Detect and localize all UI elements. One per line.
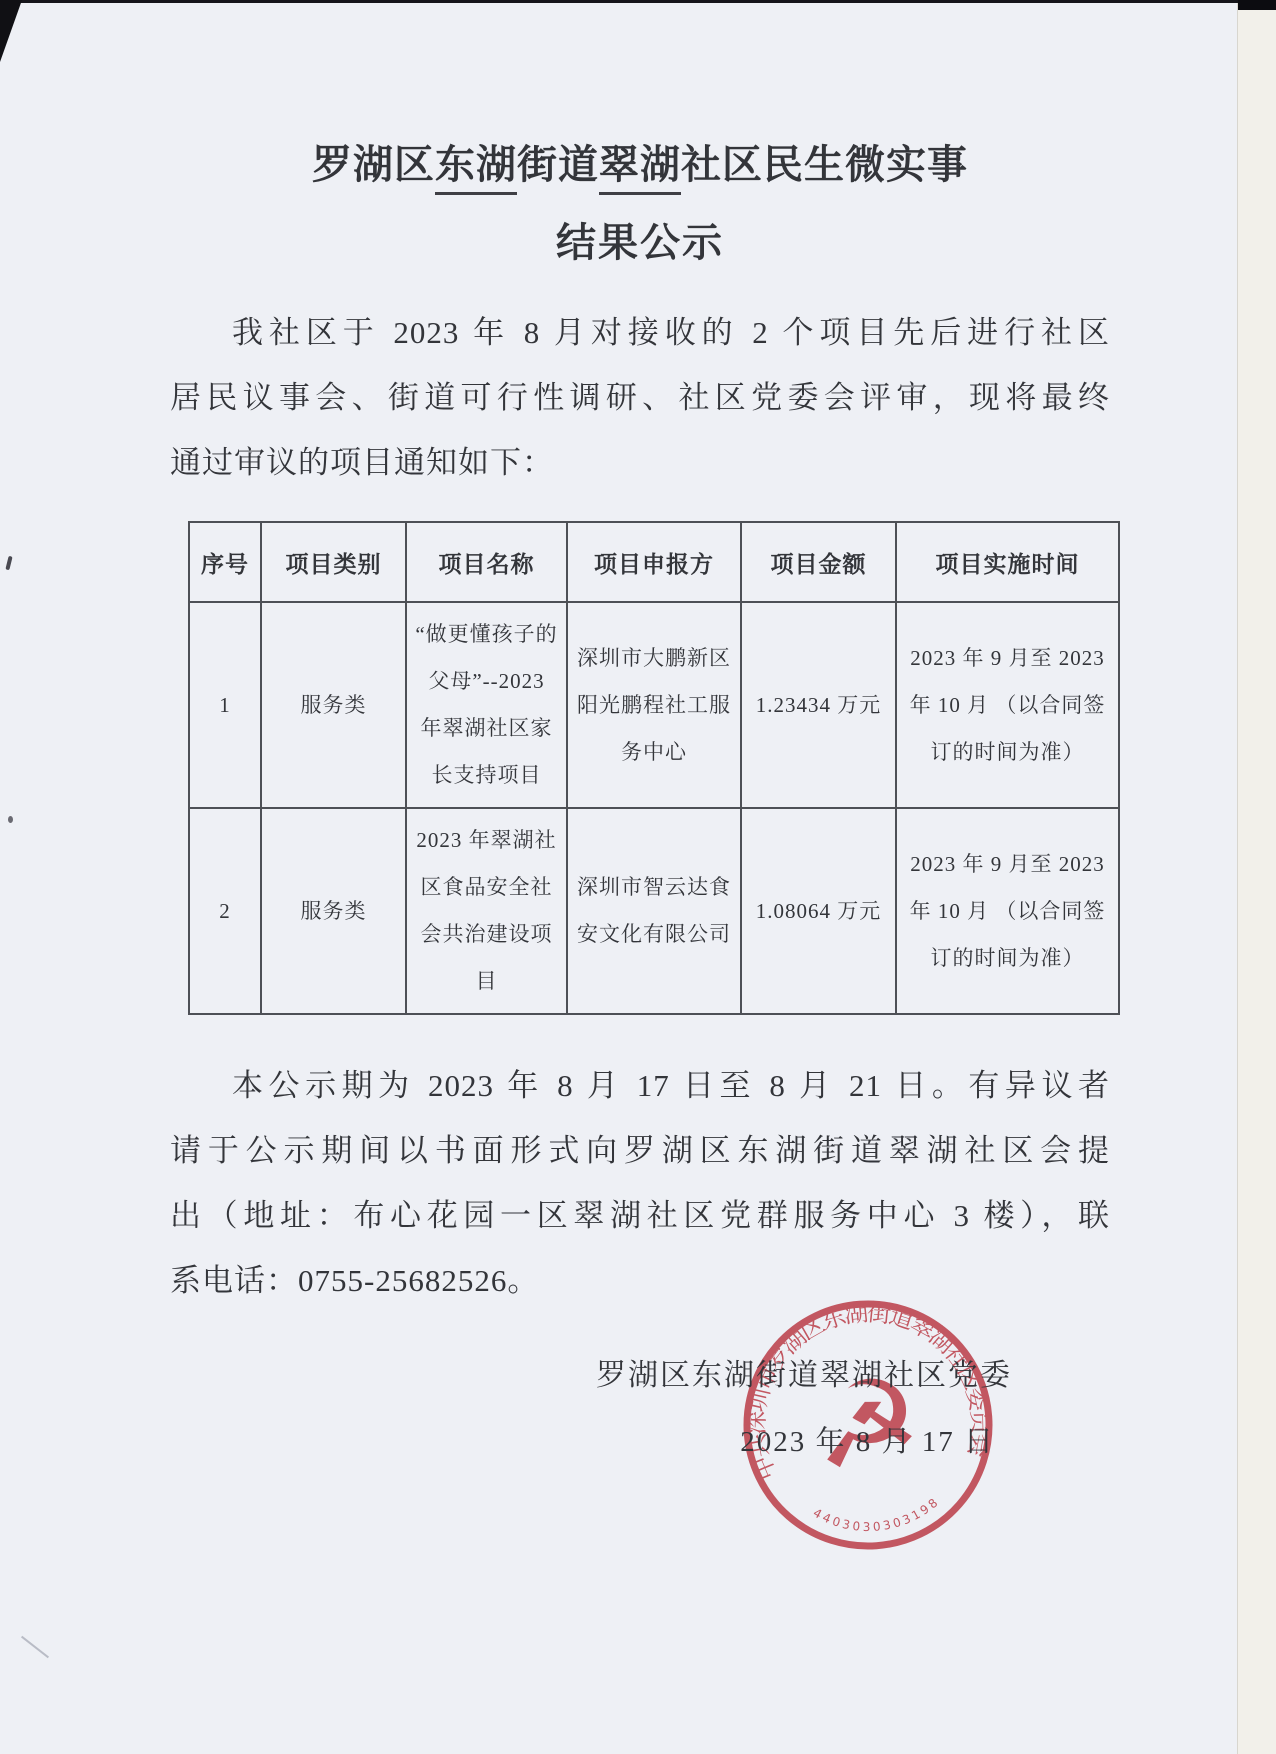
scan-corner-artifact-left [0, 0, 22, 62]
cell-applicant: 深圳市智云达食安文化有限公司 [567, 808, 741, 1014]
scan-top-edge [0, 0, 1276, 3]
intro-line: 居民议事会、街道可行性调研、社区党委会评审，现将最终 [170, 365, 1110, 430]
document-subtitle: 结果公示 [170, 212, 1110, 274]
table-row: 2 服务类 2023 年翠湖社区食品安全社会共治建设项目 深圳市智云达食安文化有… [189, 808, 1119, 1014]
cell-period: 2023 年 9 月至 2023 年 10 月 （以合同签订的时间为准） [896, 808, 1119, 1014]
signature-date: 2023 年 8 月 17 日 [170, 1419, 1110, 1465]
cell-project-name: 2023 年翠湖社区食品安全社会共治建设项目 [406, 808, 567, 1014]
document-title: 罗湖区东湖街道翠湖社区民生微实事 [170, 132, 1110, 198]
scan-corner-artifact-right [1238, 0, 1276, 10]
scanner-background-strip [1237, 0, 1276, 1754]
cell-applicant: 深圳市大鹏新区阳光鹏程社工服务中心 [567, 602, 741, 808]
title-text: 罗湖区 [312, 142, 435, 187]
col-header-amount: 项目金额 [741, 522, 896, 602]
signature-organization: 罗湖区东湖街道翠湖社区党委 [170, 1353, 1110, 1399]
cell-category: 服务类 [261, 808, 406, 1014]
title-propername-donghu: 东湖 [435, 142, 517, 195]
cell-project-name: “做更懂孩子的父母”--2023 年翠湖社区家长支持项目 [406, 602, 567, 808]
closing-line: 本公示期为 2023 年 8 月 17 日至 8 月 21 日。有异议者 [170, 1053, 1110, 1118]
closing-line: 出（地址：布心花园一区翠湖社区党群服务中心 3 楼），联 [170, 1183, 1110, 1248]
col-header-category: 项目类别 [261, 522, 406, 602]
scan-speck [21, 1636, 49, 1659]
col-header-applicant: 项目申报方 [567, 522, 741, 602]
intro-line: 通过审议的项目通知如下： [170, 430, 1110, 495]
title-text: 街道 [517, 142, 599, 187]
cell-category: 服务类 [261, 602, 406, 808]
col-header-name: 项目名称 [406, 522, 567, 602]
cell-period: 2023 年 9 月至 2023 年 10 月 （以合同签订的时间为准） [896, 602, 1119, 808]
cell-amount: 1.08064 万元 [741, 808, 896, 1014]
closing-paragraph: 本公示期为 2023 年 8 月 17 日至 8 月 21 日。有异议者 请于公… [170, 1053, 1110, 1313]
cell-no: 1 [189, 602, 261, 808]
signature-block: 中共深圳市罗湖区东湖街道翠湖社区委员会 4403030303198 ☭ 罗湖区东… [170, 1353, 1110, 1465]
title-text: 社区民生微实事 [681, 142, 968, 187]
cell-no: 2 [189, 808, 261, 1014]
intro-line: 我社区于 2023 年 8 月对接收的 2 个项目先后进行社区 [170, 300, 1110, 365]
intro-paragraph: 我社区于 2023 年 8 月对接收的 2 个项目先后进行社区 居民议事会、街道… [170, 300, 1110, 495]
scan-speck [8, 816, 13, 823]
table-row: 1 服务类 “做更懂孩子的父母”--2023 年翠湖社区家长支持项目 深圳市大鹏… [189, 602, 1119, 808]
scanned-document-page: 罗湖区东湖街道翠湖社区民生微实事 结果公示 我社区于 2023 年 8 月对接收… [0, 0, 1276, 1754]
title-propername-cuihu: 翠湖 [599, 142, 681, 195]
col-header-no: 序号 [189, 522, 261, 602]
col-header-period: 项目实施时间 [896, 522, 1119, 602]
table-header-row: 序号 项目类别 项目名称 项目申报方 项目金额 项目实施时间 [189, 522, 1119, 602]
cell-amount: 1.23434 万元 [741, 602, 896, 808]
closing-line: 请于公示期间以书面形式向罗湖区东湖街道翠湖社区会提 [170, 1118, 1110, 1183]
scan-speck [5, 556, 12, 571]
projects-table: 序号 项目类别 项目名称 项目申报方 项目金额 项目实施时间 1 服务类 “做更… [188, 521, 1120, 1015]
